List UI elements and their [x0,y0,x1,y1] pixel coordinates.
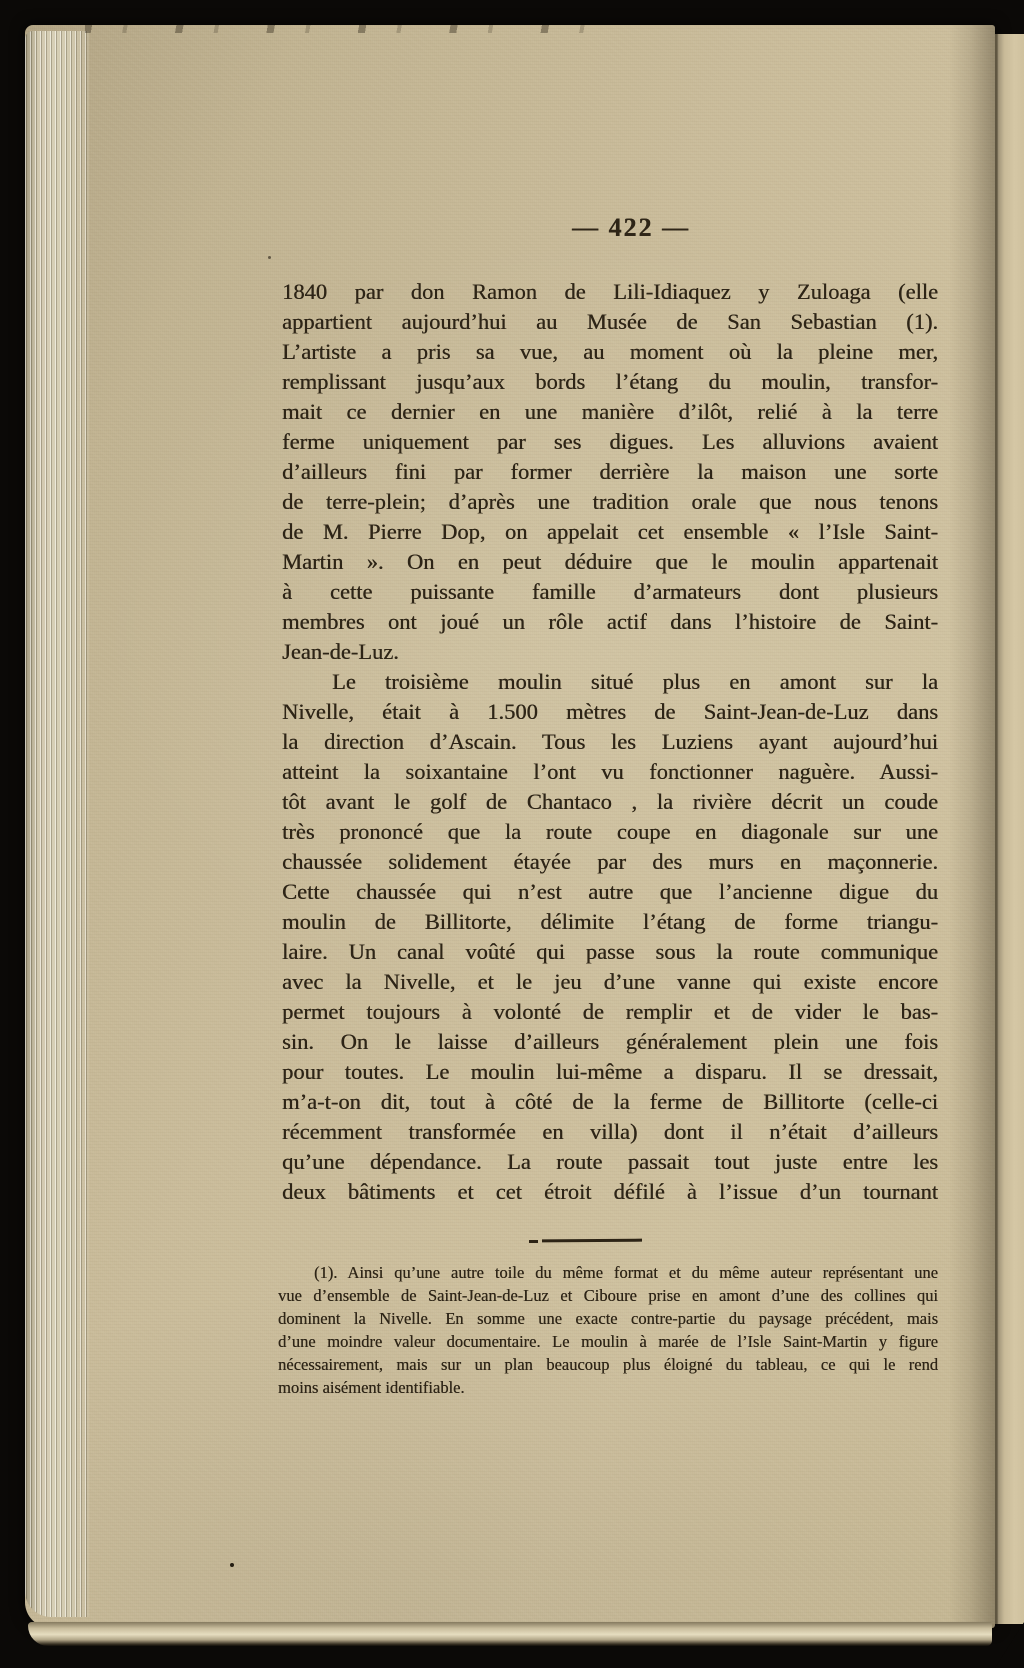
text-line: deux bâtiments et cet étroit défilé à l’… [282,1177,938,1207]
top-page-edge [85,25,615,33]
text-line: L’artiste a pris sa vue, au moment où la… [282,337,938,367]
text-line: 1840 par don Ramon de Lili-Idiaquez y Zu… [282,277,938,307]
page-number: — 422 — [324,213,938,243]
text-line: Martin ». On en peut déduire que le moul… [282,547,938,577]
text-line: remplissant jusqu’aux bords l’étang du m… [282,367,938,397]
paper-speck [230,1563,234,1567]
text-line: m’a-t-on dit, tout à côté de la ferme de… [282,1087,938,1117]
text-line: récemment transformée en villa) dont il … [282,1117,938,1147]
text-line: Jean-de-Luz. [282,637,938,667]
footnote-line: moins aisément identifiable. [278,1376,938,1399]
footnote-lines: (1). Ainsi qu’une autre toile du même fo… [278,1261,938,1399]
text-line: permet toujours à volonté de remplir et … [282,997,938,1027]
text-line: de terre-plein; d’après une tradition or… [282,487,938,517]
footnote-line: d’une moindre valeur documentaire. Le mo… [278,1330,938,1353]
text-line: avec la Nivelle, et le jeu d’une vanne q… [282,967,938,997]
text-line: très prononcé que la route coupe en diag… [282,817,938,847]
text-line: pour toutes. Le moulin lui-même a dispar… [282,1057,938,1087]
text-line: tôt avant le golf de Chantaco , la riviè… [282,787,938,817]
bottom-page-edges [28,1622,992,1646]
text-block: 1840 par don Ramon de Lili-Idiaquez y Zu… [282,277,938,1207]
footnote-line: (1). Ainsi qu’une autre toile du même fo… [278,1261,938,1284]
text-line: chaussée solidement étayée par des murs … [282,847,938,877]
paper-speck [268,256,271,259]
text-line: ferme uniquement par ses digues. Les all… [282,427,938,457]
facing-page-edge [995,34,1024,1624]
paragraph: 1840 par don Ramon de Lili-Idiaquez y Zu… [282,277,938,667]
footnote-line: dominent la Nivelle. En somme une exacte… [278,1307,938,1330]
text-line: la direction d’Ascain. Tous les Luziens … [282,727,938,757]
text-line: Nivelle, était à 1.500 mètres de Saint-J… [282,697,938,727]
footnote-separator-dash [529,1240,538,1243]
text-line: à cette puissante famille d’armateurs do… [282,577,938,607]
text-line: Le troisième moulin situé plus en amont … [282,667,938,697]
text-line: mait ce dernier en une manière d’ilôt, r… [282,397,938,427]
text-line: moulin de Billitorte, délimite l’étang d… [282,907,938,937]
footnote-line: nécessairement, mais sur un plan beaucou… [278,1353,938,1376]
gutter-shadow [949,25,995,1628]
paragraph: Le troisième moulin situé plus en amont … [282,667,938,1207]
text-line: atteint la soixantaine l’ont vu fonction… [282,757,938,787]
text-line: Cette chaussée qui n’est autre que l’anc… [282,877,938,907]
text-line: laire. Un canal voûté qui passe sous la … [282,937,938,967]
text-line: qu’une dépendance. La route passait tout… [282,1147,938,1177]
text-line: appartient aujourd’hui au Musée de San S… [282,307,938,337]
text-line: membres ont joué un rôle actif dans l’hi… [282,607,938,637]
text-line: d’ailleurs fini par former derrière la m… [282,457,938,487]
footnote-line: vue d’ensemble de Saint-Jean-de-Luz et C… [278,1284,938,1307]
left-page-edges [25,31,89,1617]
text-line: de M. Pierre Dop, on appelait cet ensemb… [282,517,938,547]
text-line: sin. On le laisse d’ailleurs généralemen… [282,1027,938,1057]
